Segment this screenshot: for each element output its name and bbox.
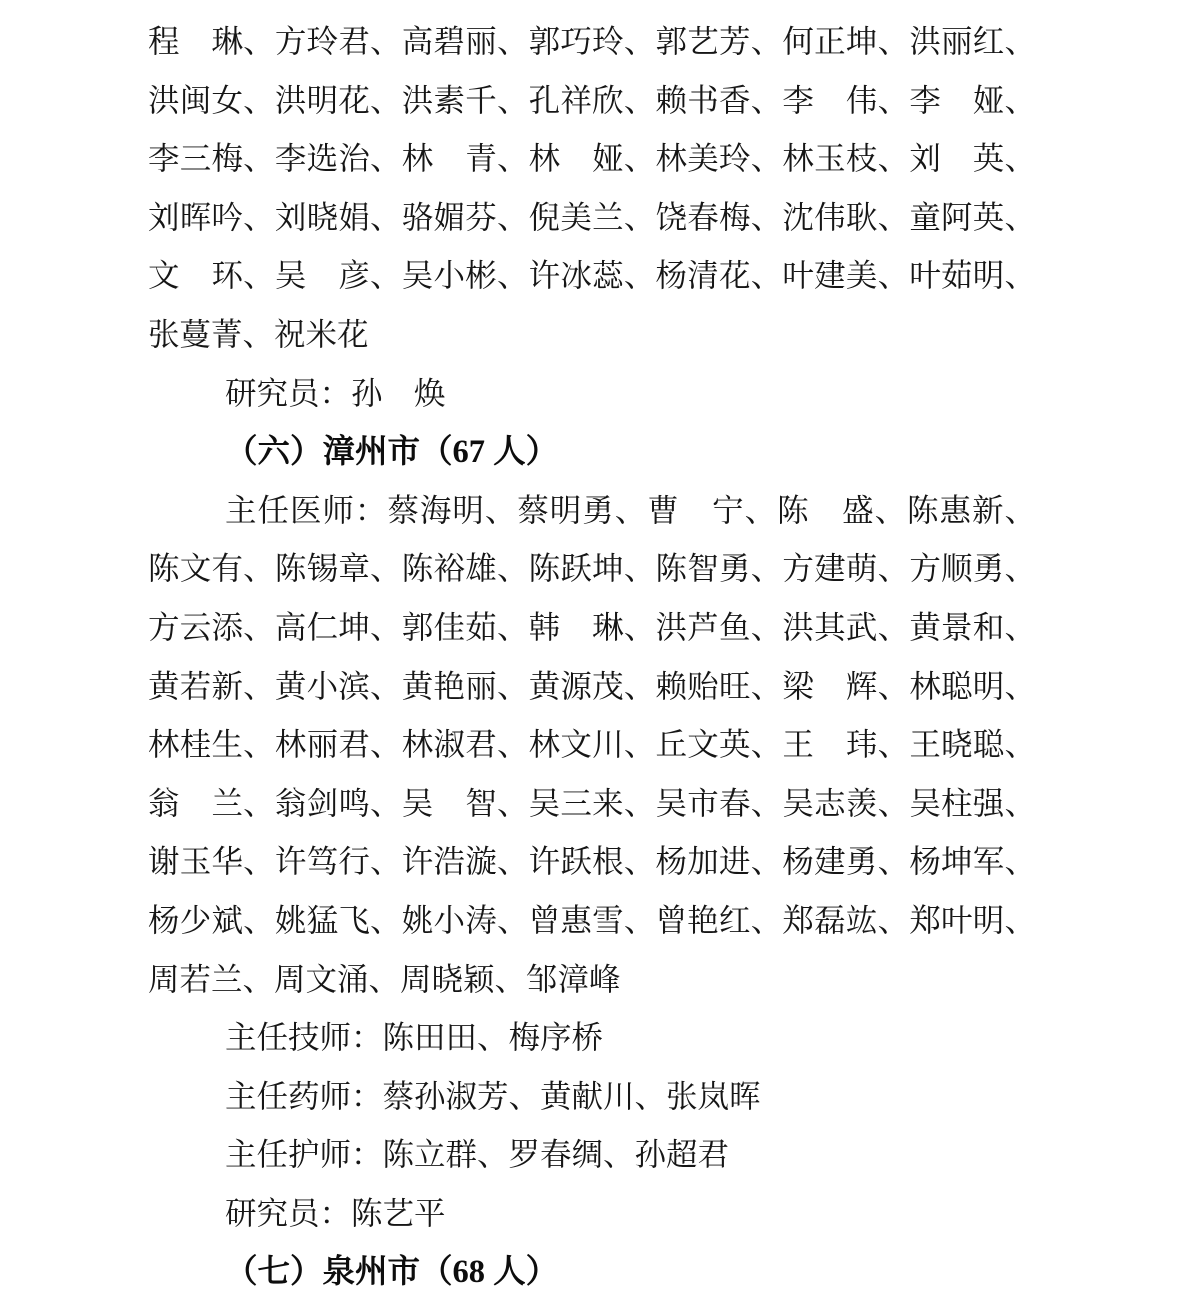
document-page: 程 琳、方玲君、高碧丽、郭巧玲、郭艺芳、何正坤、洪丽红、 洪闽女、洪明花、洪素千… (0, 0, 1190, 1308)
chief-pharmacist-line: 主任药师：蔡孙淑芳、黄献川、张岚晖 (148, 1068, 1036, 1127)
chief-technician-line: 主任技师：陈田田、梅序桥 (148, 1009, 1036, 1068)
name-list-line: 文 环、吴 彦、吴小彬、许冰蕊、杨清花、叶建美、叶茹明、 (148, 247, 1036, 306)
section-heading-quanzhou: （七）泉州市（68 人） (148, 1243, 1036, 1302)
researcher-line: 研究员：陈艺平 (148, 1185, 1036, 1244)
name-list-line: 李三梅、李选治、林 青、林 娅、林美玲、林玉枝、刘 英、 (148, 130, 1036, 189)
researcher-line: 研究员：孙 焕 (148, 365, 1036, 424)
name-list-line: 张蔓菁、祝米花 (148, 306, 1036, 365)
physician-list-line: 林桂生、林丽君、林淑君、林文川、丘文英、王 玮、王晓聪、 (148, 716, 1036, 775)
physician-list-line: 方云添、高仁坤、郭佳茹、韩 琳、洪芦鱼、洪其武、黄景和、 (148, 599, 1036, 658)
physician-list-line: 杨少斌、姚猛飞、姚小涛、曾惠雪、曾艳红、郑磊竑、郑叶明、 (148, 892, 1036, 951)
physician-list-line: 谢玉华、许笃行、许浩漩、许跃根、杨加进、杨建勇、杨坤军、 (148, 833, 1036, 892)
physician-list-line: 主任医师：蔡海明、蔡明勇、曹 宁、陈 盛、陈惠新、 (148, 482, 1036, 541)
name-list-line: 刘晖吟、刘晓娟、骆媚芬、倪美兰、饶春梅、沈伟耿、童阿英、 (148, 189, 1036, 248)
physician-list-line: 陈文有、陈锡章、陈裕雄、陈跃坤、陈智勇、方建萌、方顺勇、 (148, 540, 1036, 599)
chief-nurse-line: 主任护师：陈立群、罗春绸、孙超君 (148, 1126, 1036, 1185)
document-text-block: 程 琳、方玲君、高碧丽、郭巧玲、郭艺芳、何正坤、洪丽红、 洪闽女、洪明花、洪素千… (148, 13, 1036, 1302)
physician-list-line: 周若兰、周文涌、周晓颖、邹漳峰 (148, 951, 1036, 1010)
name-list-line: 程 琳、方玲君、高碧丽、郭巧玲、郭艺芳、何正坤、洪丽红、 (148, 13, 1036, 72)
name-list-line: 洪闽女、洪明花、洪素千、孔祥欣、赖书香、李 伟、李 娅、 (148, 72, 1036, 131)
physician-list-line: 翁 兰、翁剑鸣、吴 智、吴三来、吴市春、吴志羡、吴柱强、 (148, 775, 1036, 834)
physician-list-line: 黄若新、黄小滨、黄艳丽、黄源茂、赖贻旺、梁 辉、林聪明、 (148, 658, 1036, 717)
section-heading-zhangzhou: （六）漳州市（67 人） (148, 423, 1036, 482)
